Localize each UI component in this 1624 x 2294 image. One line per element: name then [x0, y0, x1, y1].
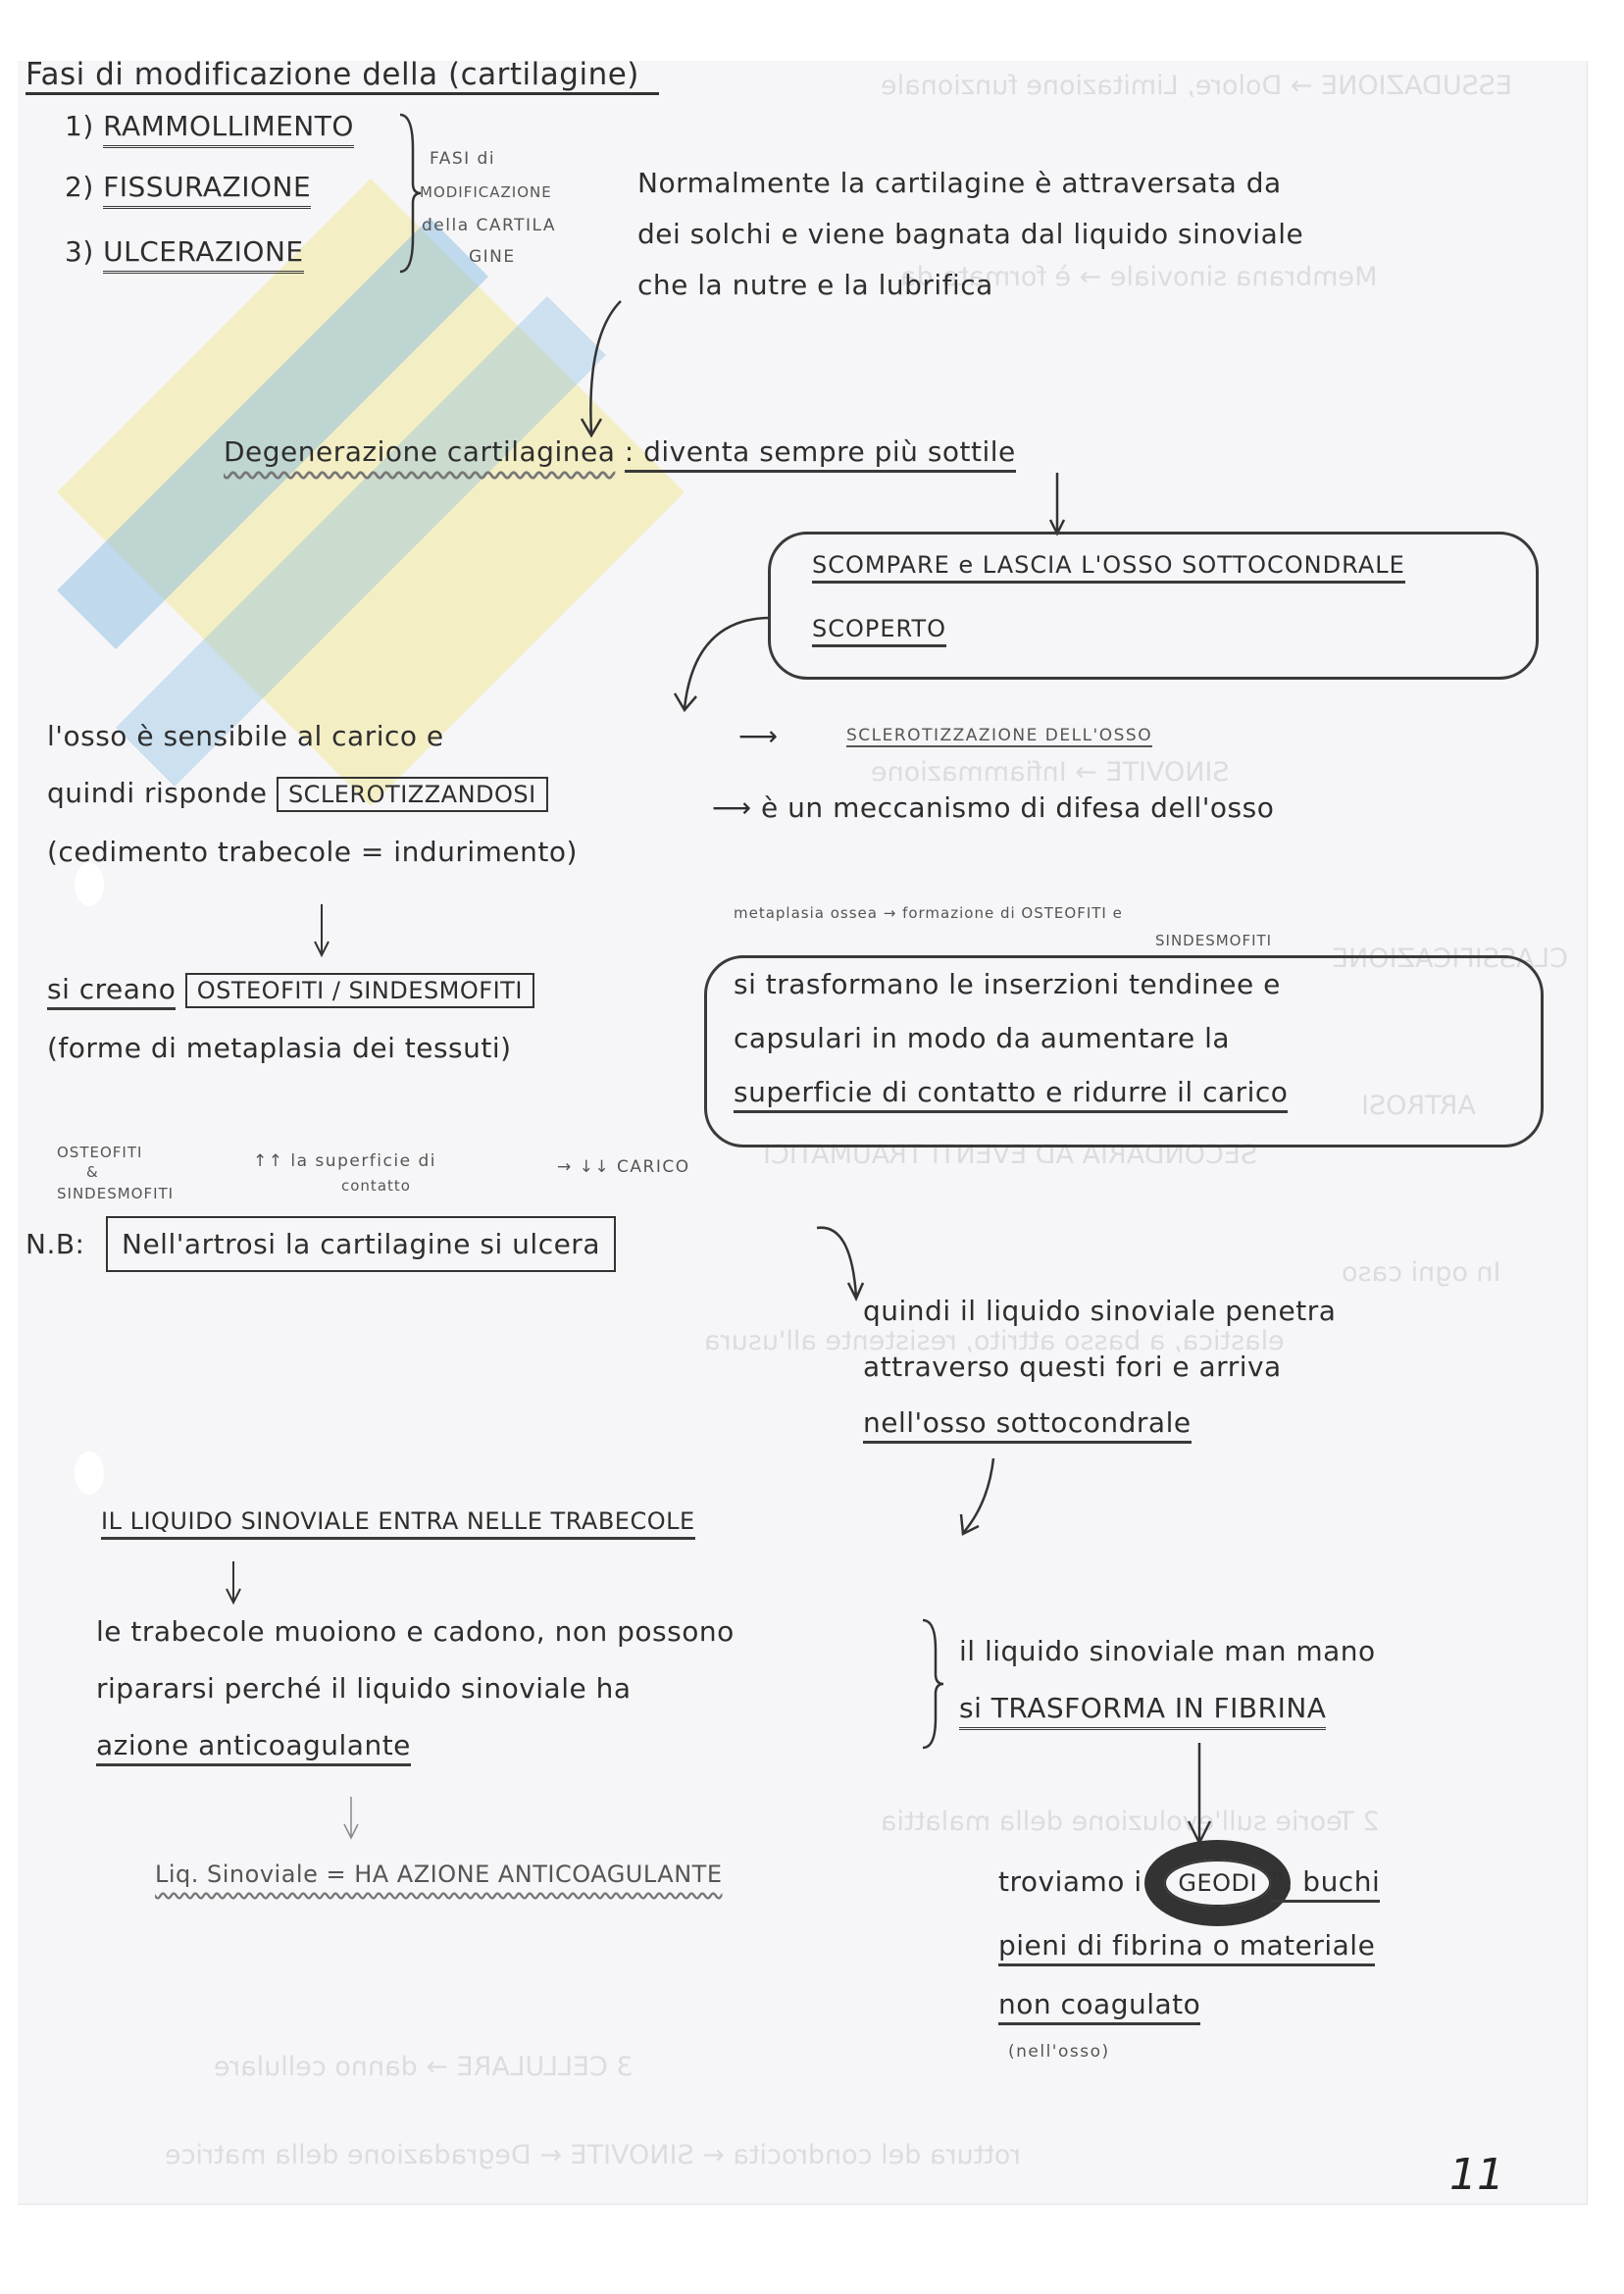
brace-note: della CARTILA [422, 216, 556, 235]
arrow-down-icon [949, 1453, 1008, 1542]
anticoagulant-note: Liq. Sinoviale = HA AZIONE ANTICOAGULANT… [155, 1861, 723, 1888]
cloud-text: SCOMPARE e LASCIA L'OSSO SOTTOCONDRALE [812, 551, 1405, 579]
arrow-down-icon [312, 904, 331, 963]
normal-text: Normalmente la cartilagine è attraversat… [637, 167, 1282, 199]
phase-number: 2) [65, 171, 94, 203]
bleed-through-text: In ogni caso [1342, 1257, 1501, 1288]
geodi-box: GEODI [1164, 1860, 1271, 1907]
nb-text: attraverso questi fori e arriva [863, 1351, 1282, 1383]
phase-label: FISSURAZIONE [103, 171, 311, 209]
cloud-text: capsulari in modo da aumentare la [734, 1022, 1230, 1054]
trabecule-text: azione anticoagulante [96, 1729, 411, 1766]
phase-item: 3) ULCERAZIONE [65, 235, 304, 268]
binder-hole [75, 1452, 104, 1495]
summary-left: SINDESMOFITI [57, 1185, 174, 1202]
brace-note: FASI di [430, 149, 495, 169]
bleed-through-text: 2 Teorie sull'evoluzione della malattia [881, 1807, 1379, 1837]
page-title: Fasi di modificazione della (cartilagine… [25, 57, 659, 95]
phase-label: RAMMOLLIMENTO [103, 110, 354, 148]
arrow-down-icon [341, 1797, 361, 1846]
nb-box: Nell'artrosi la cartilagine si ulcera [106, 1216, 616, 1272]
nb-text: nell'osso sottocondrale [863, 1406, 1192, 1444]
summary-left: & [86, 1163, 99, 1181]
geodi-text: pieni di fibrina o materiale [998, 1929, 1375, 1966]
osteophytes-text: si creano OSTEOFITI / SINDESMOFITI [47, 973, 534, 1005]
arrow-right-icon: ⟶ [738, 720, 779, 752]
trabecule-text: ripararsi perché il liquido sinoviale ha [96, 1672, 632, 1705]
bleed-through-text: 3 CELLULARE → danno cellulare [214, 2052, 634, 2082]
fibrin-text: il liquido sinoviale man mano [959, 1635, 1376, 1667]
summary-right: → ↓↓ CARICO [557, 1157, 690, 1177]
degeneration-label: Degenerazione cartilaginea : diventa sem… [224, 435, 1016, 468]
phase-number: 3) [65, 235, 94, 268]
geodi-text: non coagulato [998, 1988, 1200, 2025]
metaplasia-text: SINDESMOFITI [1155, 932, 1272, 949]
notebook-page: ESSUDAZIONE → Dolore, Limitazione funzio… [18, 61, 1588, 2205]
bleed-through-text: rottura del condrocita ← SINOVITE ← Degr… [165, 2140, 1021, 2170]
normal-text: che la nutre e la lubrifica [637, 269, 993, 301]
bleed-through-text: ESSUDAZIONE → Dolore, Limitazione funzio… [881, 71, 1512, 101]
normal-text: dei solchi e viene bagnata dal liquido s… [637, 218, 1303, 250]
curly-brace [918, 1615, 947, 1753]
cloud-text: SCOPERTO [812, 615, 946, 642]
arrow-curved-icon [655, 610, 773, 718]
cloud-text: si trasformano le inserzioni tendinee e [734, 968, 1281, 1000]
arrow-down-icon [1185, 1743, 1214, 1851]
nb-text: quindi il liquido sinoviale penetra [863, 1295, 1336, 1327]
geodi-paren: (nell'osso) [1008, 2042, 1110, 2062]
phase-number: 1) [65, 110, 94, 142]
brace-note: GINE [469, 247, 516, 267]
bone-text: l'osso è sensibile al carico e [47, 720, 444, 752]
geodi-text: troviamo i "GEODI", buchi [998, 1865, 1380, 1898]
phase-item: 1) RAMMOLLIMENTO [65, 110, 354, 142]
trabecule-heading: IL LIQUIDO SINOVIALE ENTRA NELLE TRABECO… [101, 1507, 695, 1540]
page-number: 11 [1449, 2150, 1504, 2200]
brace-note: MODIFICAZIONE [420, 183, 552, 201]
nb-label: N.B: [25, 1228, 85, 1260]
trabecule-text: le trabecole muoiono e cadono, non posso… [96, 1615, 735, 1648]
fibrin-text: si TRASFORMA IN FIBRINA [959, 1692, 1326, 1730]
osteophytes-box: OSTEOFITI / SINDESMOFITI [185, 973, 534, 1008]
bone-text: quindi risponde SCLEROTIZZANDOSI [47, 777, 548, 809]
phase-label: ULCERAZIONE [103, 235, 303, 274]
phase-item: 2) FISSURAZIONE [65, 171, 311, 203]
osteophytes-paren: (forme di metaplasia dei tessuti) [47, 1032, 512, 1064]
sclerosis-note: SCLEROTIZZAZIONE DELL'OSSO [846, 726, 1152, 747]
defense-text: ⟶ è un meccanismo di difesa dell'osso [712, 791, 1274, 824]
summary-left: OSTEOFITI [57, 1144, 142, 1161]
cloud-text: superficie di contatto e ridurre il cari… [734, 1076, 1288, 1113]
bone-paren: (cedimento trabecole = indurimento) [47, 836, 578, 868]
arrow-down-icon [224, 1561, 243, 1610]
metaplasia-text: metaplasia ossea → formazione di OSTEOFI… [734, 904, 1123, 922]
summary-mid: ↑↑ la superficie di [253, 1151, 436, 1171]
sclerosis-box: SCLEROTIZZANDOSI [277, 777, 548, 812]
arrow-down-icon [567, 296, 626, 443]
summary-mid: contatto [341, 1177, 411, 1195]
binder-hole [75, 863, 104, 906]
bleed-through-text: SINOVITE → Infiammazione [871, 757, 1230, 788]
arrow-curved-icon [812, 1218, 881, 1306]
